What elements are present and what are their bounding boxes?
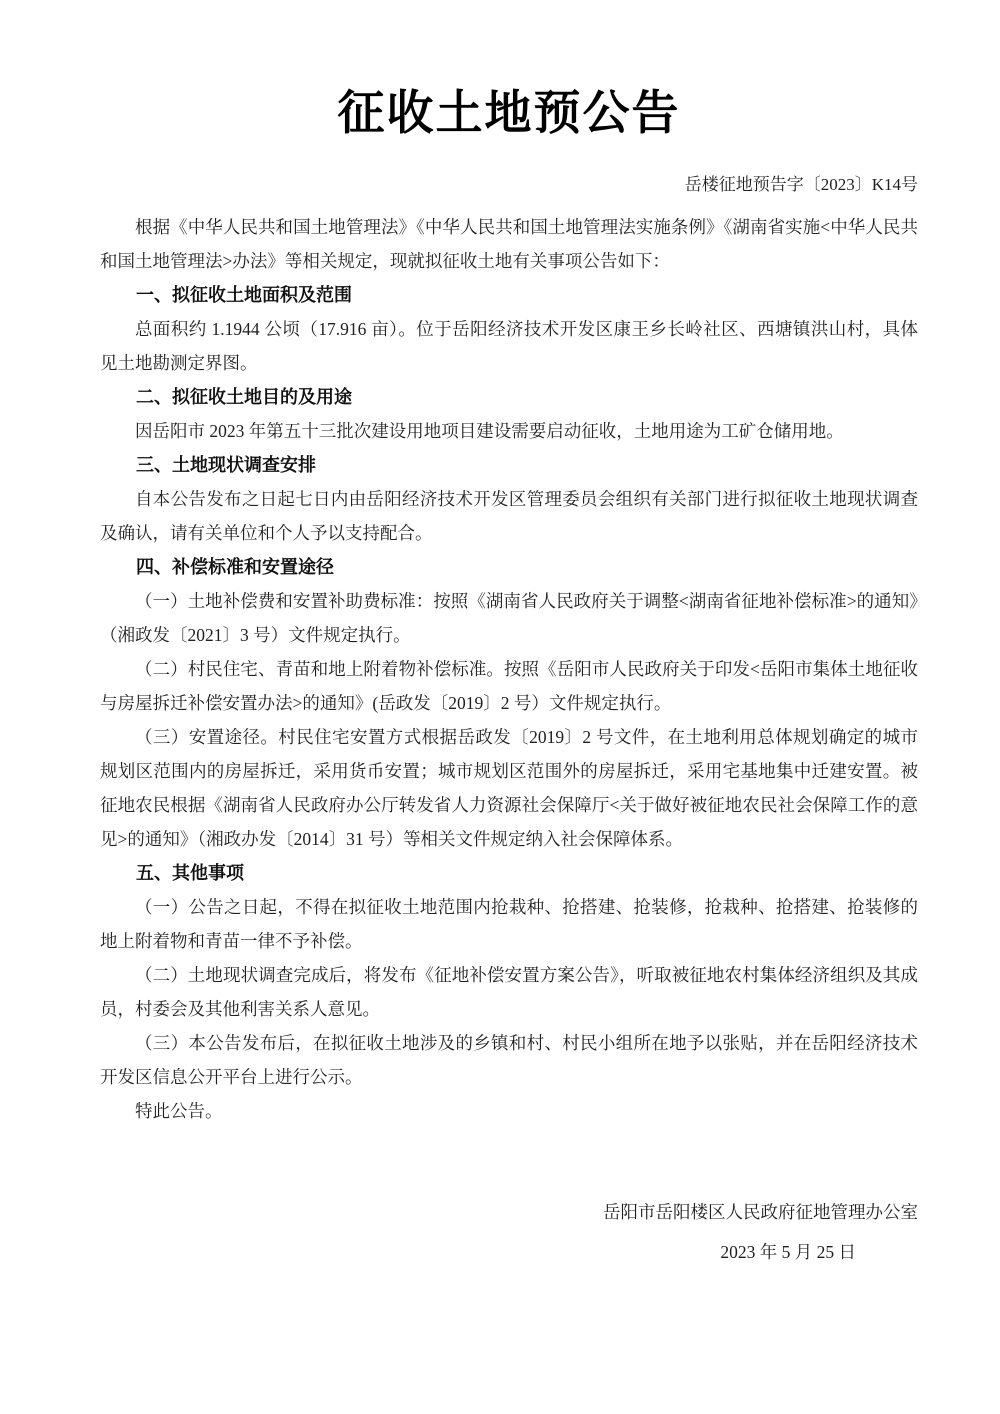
announcement-document: 征收土地预公告 岳楼征地预告字〔2023〕K14号 根据《中华人民共和国土地管理… bbox=[0, 0, 1000, 1414]
section-3-paragraph: 自本公告发布之日起七日内由岳阳经济技术开发区管理委员会组织有关部门进行拟征收土地… bbox=[100, 482, 918, 550]
section-2-heading: 二、拟征收土地目的及用途 bbox=[100, 380, 918, 414]
section-3: 三、土地现状调查安排 自本公告发布之日起七日内由岳阳经济技术开发区管理委员会组织… bbox=[100, 448, 918, 550]
document-number: 岳楼征地预告字〔2023〕K14号 bbox=[100, 168, 918, 202]
section-5-paragraph-2: （二）土地现状调查完成后，将发布《征地补偿安置方案公告》，听取被征地农村集体经济… bbox=[100, 958, 918, 1026]
section-1-paragraph: 总面积约 1.1944 公顷（17.916 亩）。位于岳阳经济技术开发区康王乡长… bbox=[100, 312, 918, 380]
section-4-heading: 四、补偿标准和安置途径 bbox=[100, 550, 918, 584]
section-1: 一、拟征收土地面积及范围 总面积约 1.1944 公顷（17.916 亩）。位于… bbox=[100, 278, 918, 380]
section-4-paragraph-3: （三）安置途径。村民住宅安置方式根据岳政发〔2019〕2 号文件，在土地利用总体… bbox=[100, 720, 918, 856]
issuing-authority: 岳阳市岳阳楼区人民政府征地管理办公室 bbox=[100, 1192, 918, 1232]
intro-paragraph: 根据《中华人民共和国土地管理法》《中华人民共和国土地管理法实施条例》《湖南省实施… bbox=[100, 210, 918, 278]
section-5-paragraph-1: （一）公告之日起，不得在拟征收土地范围内抢栽种、抢搭建、抢装修，抢栽种、抢搭建、… bbox=[100, 890, 918, 958]
section-5: 五、其他事项 （一）公告之日起，不得在拟征收土地范围内抢栽种、抢搭建、抢装修，抢… bbox=[100, 856, 918, 1094]
section-2-paragraph: 因岳阳市 2023 年第五十三批次建设用地项目建设需要启动征收，土地用途为工矿仓… bbox=[100, 414, 918, 448]
section-3-heading: 三、土地现状调查安排 bbox=[100, 448, 918, 482]
section-4: 四、补偿标准和安置途径 （一）土地补偿费和安置补助费标准：按照《湖南省人民政府关… bbox=[100, 550, 918, 856]
section-5-paragraph-3: （三）本公告发布后，在拟征收土地涉及的乡镇和村、村民小组所在地予以张贴，并在岳阳… bbox=[100, 1026, 918, 1094]
section-4-paragraph-2: （二）村民住宅、青苗和地上附着物补偿标准。按照《岳阳市人民政府关于印发<岳阳市集… bbox=[100, 652, 918, 720]
section-4-paragraph-1: （一）土地补偿费和安置补助费标准：按照《湖南省人民政府关于调整<湖南省征地补偿标… bbox=[100, 584, 918, 652]
section-2: 二、拟征收土地目的及用途 因岳阳市 2023 年第五十三批次建设用地项目建设需要… bbox=[100, 380, 918, 448]
issue-date: 2023 年 5 月 25 日 bbox=[100, 1232, 918, 1272]
closing-statement: 特此公告。 bbox=[100, 1094, 918, 1128]
document-title: 征收土地预公告 bbox=[100, 86, 918, 142]
section-5-heading: 五、其他事项 bbox=[100, 856, 918, 890]
section-1-heading: 一、拟征收土地面积及范围 bbox=[100, 278, 918, 312]
signature-block: 岳阳市岳阳楼区人民政府征地管理办公室 2023 年 5 月 25 日 bbox=[100, 1192, 918, 1272]
